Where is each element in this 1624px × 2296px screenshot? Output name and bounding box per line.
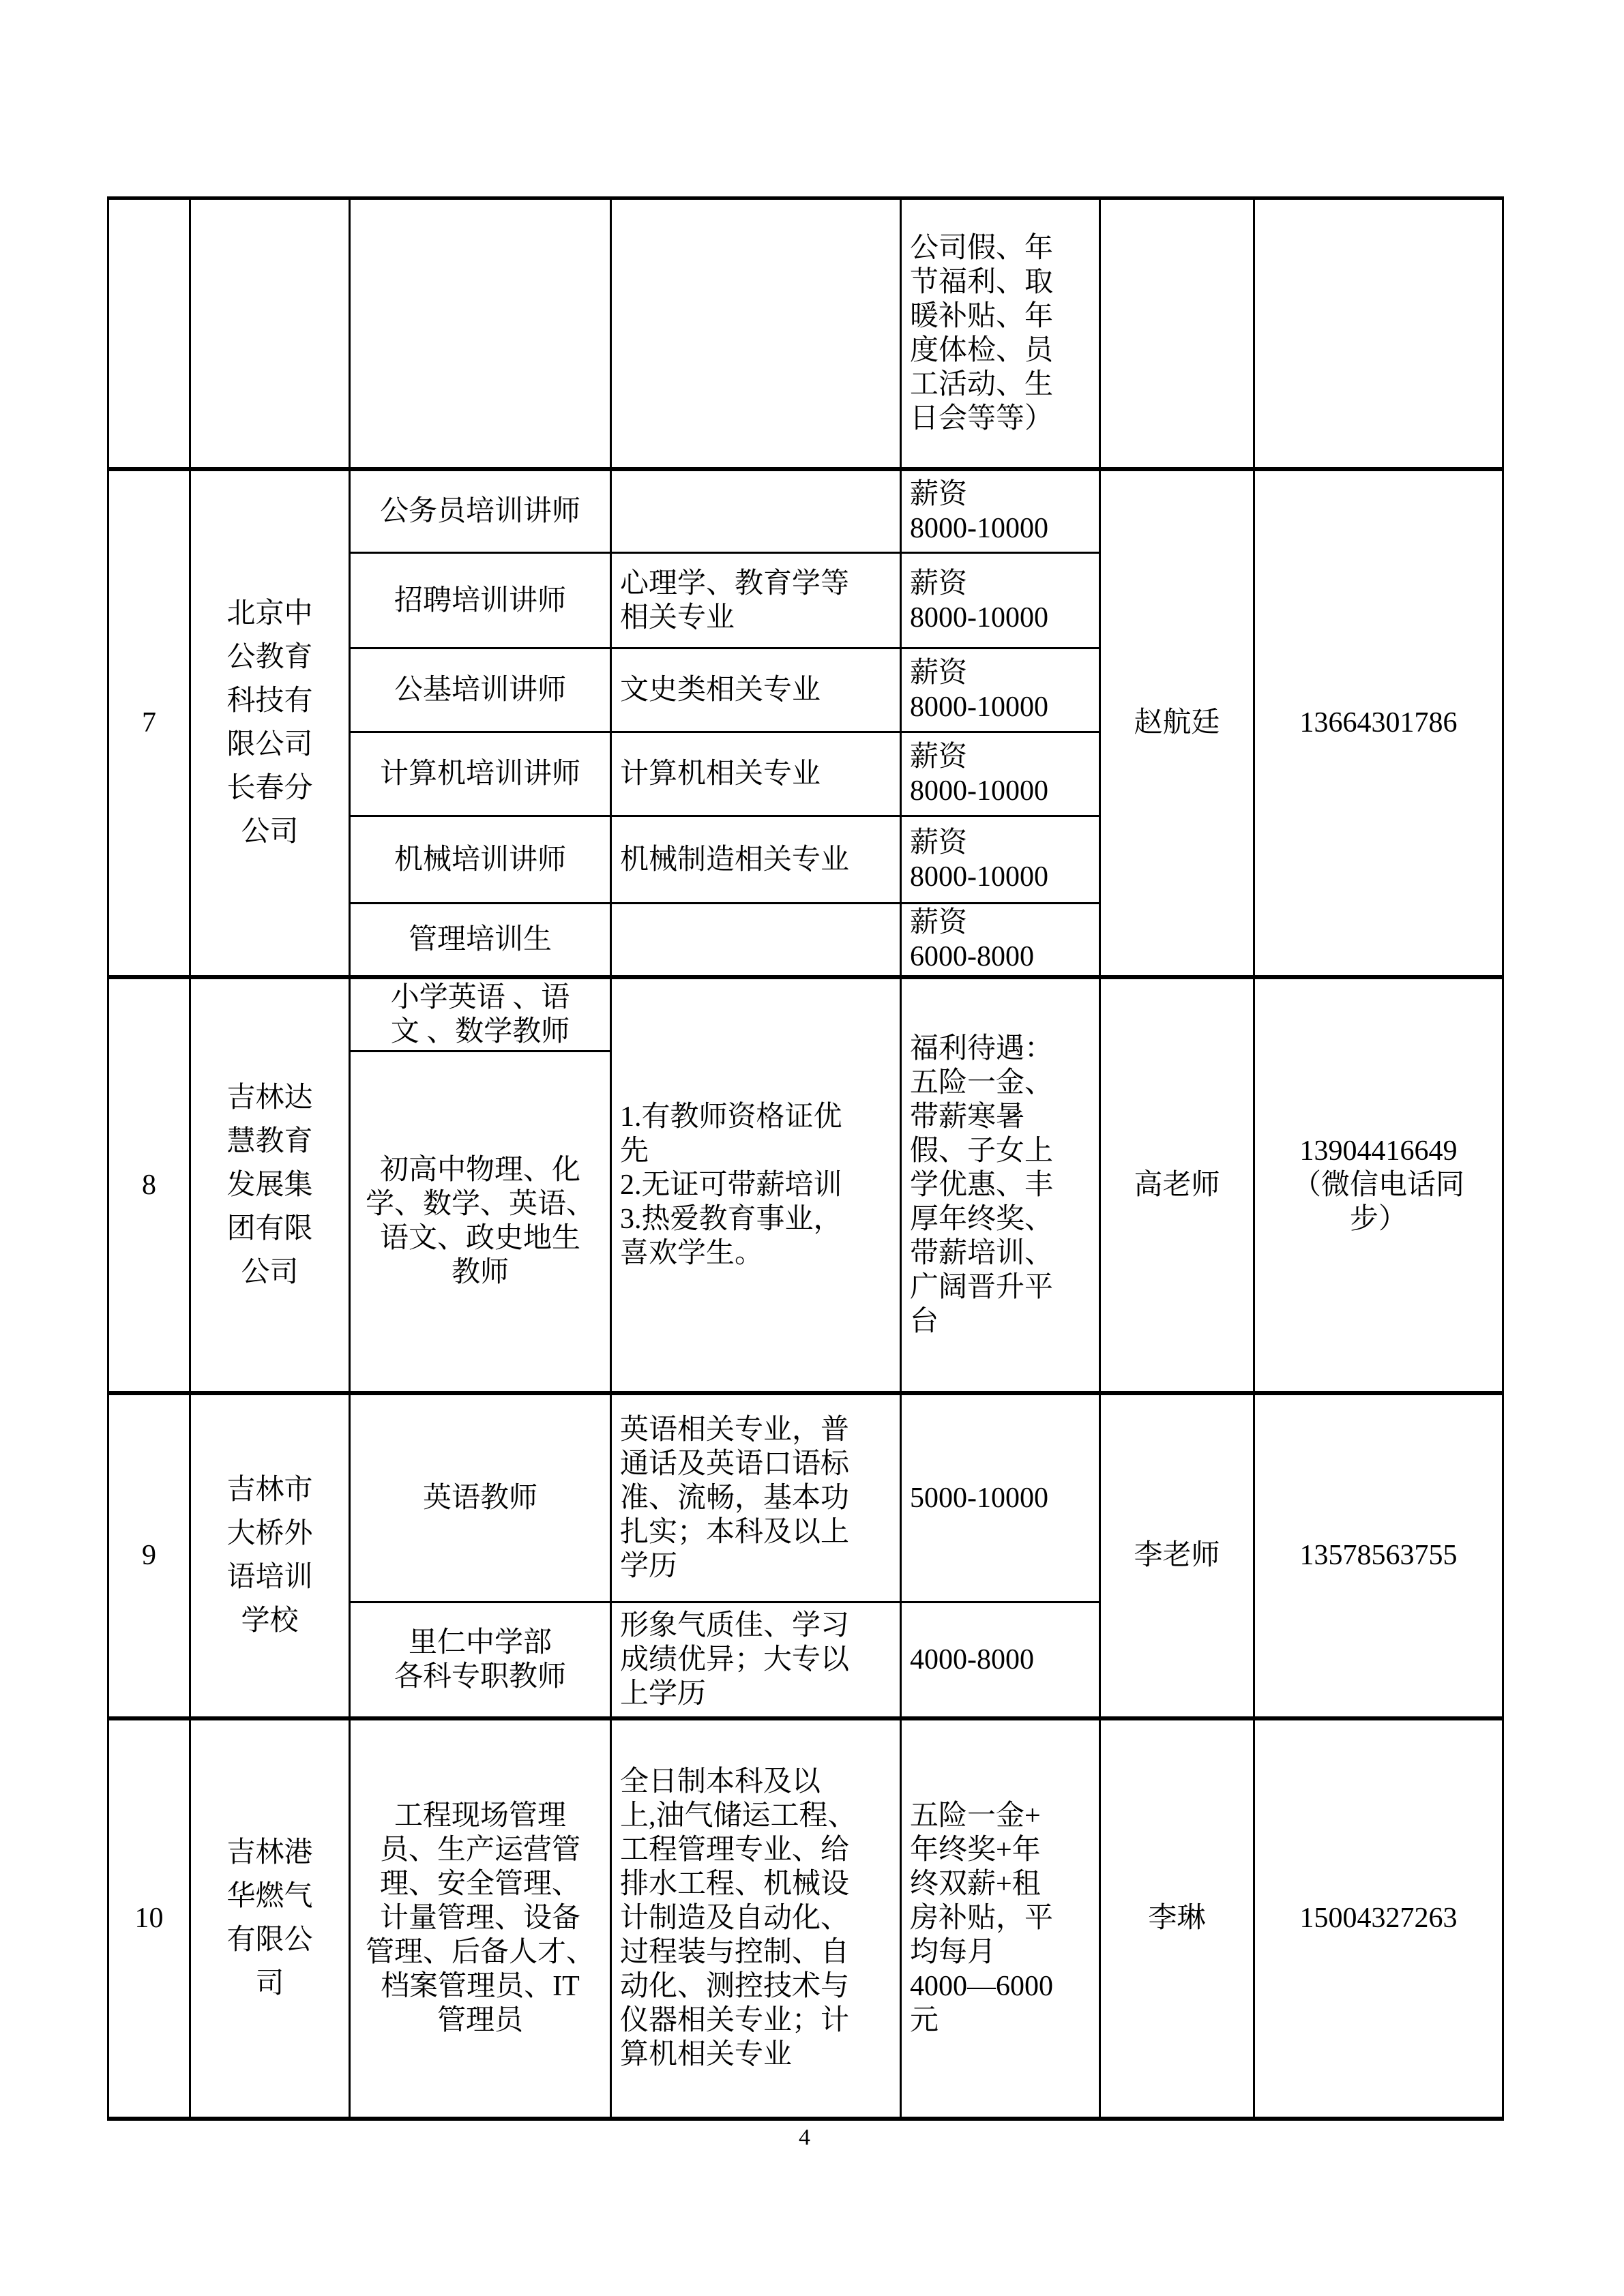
row9-company-cell: 吉林市 大桥外 语培训 学校	[190, 1393, 350, 1718]
row9-contact-cell: 李老师	[1100, 1393, 1254, 1718]
row7-requirement-3-cell: 文史类相关专业	[611, 648, 901, 732]
row7-position-2-cell: 招聘培训讲师	[350, 553, 611, 648]
row8-number-cell: 8	[108, 977, 190, 1393]
row9-requirement-2-cell: 形象气质佳、学习 成绩优异；大专以 上学历	[611, 1602, 901, 1718]
row7-position-5-cell: 机械培训讲师	[350, 816, 611, 904]
row7-requirement-5-cell: 机械制造相关专业	[611, 816, 901, 904]
table-row: 7 北京中 公教育 科技有 限公司 长春分 公司 公务员培训讲师 薪资 8000…	[108, 469, 1503, 553]
cont-company-cell	[190, 198, 350, 469]
row10-contact-cell: 李琳	[1100, 1718, 1254, 2119]
row10-phone-cell: 15004327263	[1254, 1718, 1503, 2119]
table-row: 9 吉林市 大桥外 语培训 学校 英语教师 英语相关专业，普 通话及英语口语标 …	[108, 1393, 1503, 1602]
table-row: 8 吉林达 慧教育 发展集 团有限 公司 小学英语 、语 文 、数学教师 1.有…	[108, 977, 1503, 1052]
row8-company-cell: 吉林达 慧教育 发展集 团有限 公司	[190, 977, 350, 1393]
row8-requirement-cell: 1.有教师资格证优 先 2.无证可带薪培训 3.热爱教育事业， 喜欢学生。	[611, 977, 901, 1393]
row8-position-1-cell: 小学英语 、语 文 、数学教师	[350, 977, 611, 1052]
document-page: 公司假、年 节福利、取 暖补贴、年 度体检、员 工活动、生 日会等等） 7 北京…	[0, 0, 1624, 2296]
row7-requirement-6-cell	[611, 904, 901, 978]
row7-requirement-1-cell	[611, 469, 901, 553]
row9-number-cell: 9	[108, 1393, 190, 1718]
row9-phone-cell: 13578563755	[1254, 1393, 1503, 1718]
row7-salary-4-cell: 薪资 8000-10000	[901, 732, 1100, 816]
row7-contact-cell: 赵航廷	[1100, 469, 1254, 978]
cont-phone-cell	[1254, 198, 1503, 469]
row9-position-2-cell: 里仁中学部 各科专职教师	[350, 1602, 611, 1718]
row7-salary-3-cell: 薪资 8000-10000	[901, 648, 1100, 732]
row7-salary-2-cell: 薪资 8000-10000	[901, 553, 1100, 648]
job-recruitment-table: 公司假、年 节福利、取 暖补贴、年 度体检、员 工活动、生 日会等等） 7 北京…	[107, 196, 1504, 2121]
cont-contact-cell	[1100, 198, 1254, 469]
cont-position-cell	[350, 198, 611, 469]
row7-requirement-2-cell: 心理学、教育学等 相关专业	[611, 553, 901, 648]
row7-position-4-cell: 计算机培训讲师	[350, 732, 611, 816]
row10-position-cell: 工程现场管理 员、生产运营管 理、安全管理、 计量管理、设备 管理、后备人才、 …	[350, 1718, 611, 2119]
row7-salary-6-cell: 薪资 6000-8000	[901, 904, 1100, 978]
row9-position-1-cell: 英语教师	[350, 1393, 611, 1602]
row9-requirement-1-cell: 英语相关专业，普 通话及英语口语标 准、流畅，基本功 扎实；本科及以上 学历	[611, 1393, 901, 1602]
table-row: 10 吉林港 华燃气 有限公 司 工程现场管理 员、生产运营管 理、安全管理、 …	[108, 1718, 1503, 2119]
cont-number-cell	[108, 198, 190, 469]
row10-number-cell: 10	[108, 1718, 190, 2119]
row7-salary-1-cell: 薪资 8000-10000	[901, 469, 1100, 553]
row9-salary-1-cell: 5000-10000	[901, 1393, 1100, 1602]
row8-contact-cell: 高老师	[1100, 977, 1254, 1393]
row10-benefits-cell: 五险一金+ 年终奖+年 终双薪+租 房补贴，平 均每月 4000—6000 元	[901, 1718, 1100, 2119]
row7-company-cell: 北京中 公教育 科技有 限公司 长春分 公司	[190, 469, 350, 978]
row10-company-cell: 吉林港 华燃气 有限公 司	[190, 1718, 350, 2119]
row7-position-6-cell: 管理培训生	[350, 904, 611, 978]
page-number: 4	[107, 2124, 1502, 2151]
table-row: 公司假、年 节福利、取 暖补贴、年 度体检、员 工活动、生 日会等等）	[108, 198, 1503, 469]
row8-benefits-cell: 福利待遇： 五险一金、 带薪寒暑 假、子女上 学优惠、丰 厚年终奖、 带薪培训、…	[901, 977, 1100, 1393]
row7-number-cell: 7	[108, 469, 190, 978]
row7-position-1-cell: 公务员培训讲师	[350, 469, 611, 553]
row7-requirement-4-cell: 计算机相关专业	[611, 732, 901, 816]
row7-salary-5-cell: 薪资 8000-10000	[901, 816, 1100, 904]
row7-phone-cell: 13664301786	[1254, 469, 1503, 978]
cont-benefits-cell: 公司假、年 节福利、取 暖补贴、年 度体检、员 工活动、生 日会等等）	[901, 198, 1100, 469]
row7-position-3-cell: 公基培训讲师	[350, 648, 611, 732]
row10-requirement-cell: 全日制本科及以 上,油气储运工程、 工程管理专业、给 排水工程、机械设 计制造及…	[611, 1718, 901, 2119]
cont-requirement-cell	[611, 198, 901, 469]
row8-position-2-cell: 初高中物理、化 学、数学、英语、 语文、政史地生 教师	[350, 1052, 611, 1393]
row8-phone-cell: 13904416649 （微信电话同 步）	[1254, 977, 1503, 1393]
row9-salary-2-cell: 4000-8000	[901, 1602, 1100, 1718]
